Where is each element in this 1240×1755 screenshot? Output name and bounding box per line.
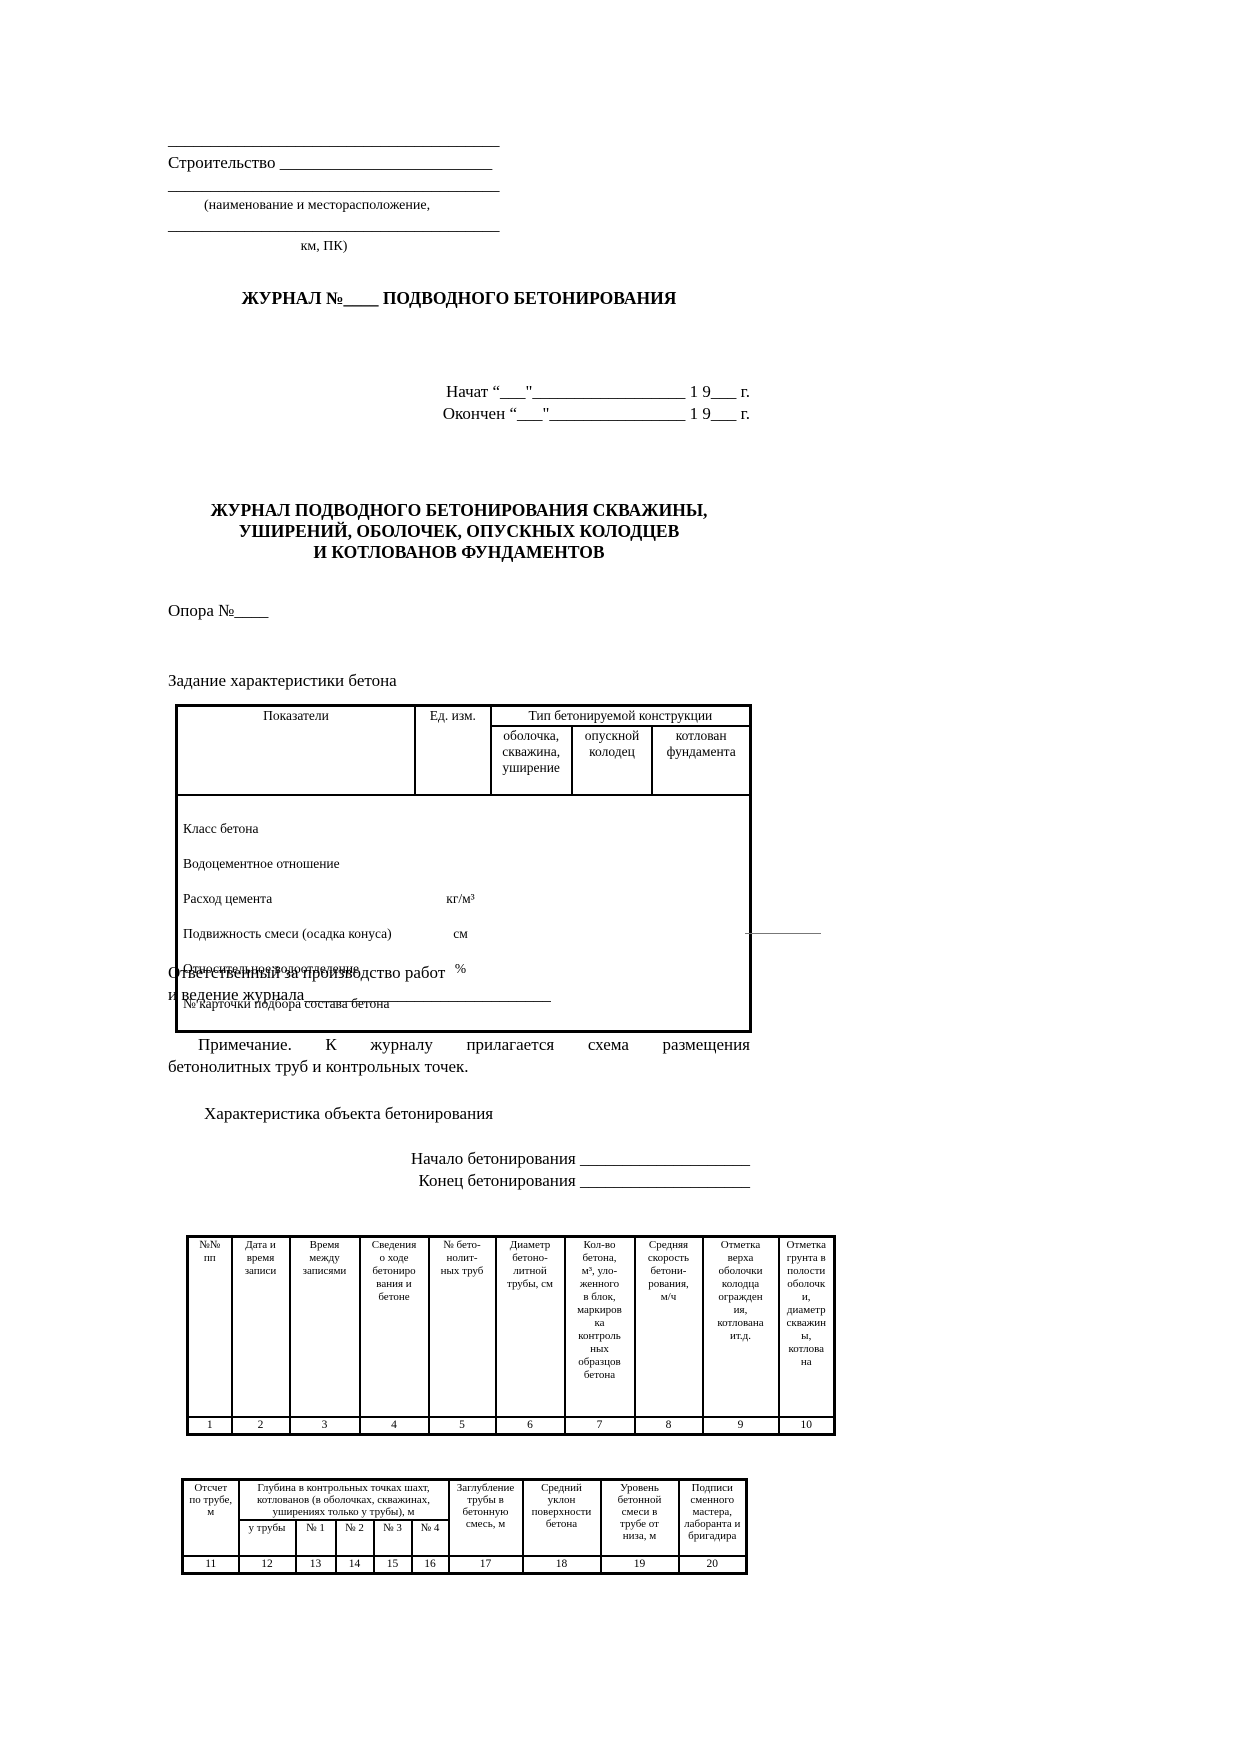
concreting-start-field: Начало бетонирования ___________________…	[168, 1149, 750, 1169]
t3-subcol-point-2: № 2	[336, 1520, 374, 1556]
t2-col-row-number: №№ пп	[188, 1237, 232, 1417]
t2-col-ground-elevation: Отметка грунта в полости оболочк и, диам…	[779, 1237, 835, 1417]
construction-caption-1: (наименование и месторасположение,	[204, 197, 430, 214]
t3-subcol-point-1: № 1	[296, 1520, 336, 1556]
t3-subcol-point-3: № 3	[374, 1520, 412, 1556]
t2-col-time-between: Время между записями	[290, 1237, 360, 1417]
t3-number-cell: 11	[183, 1556, 239, 1574]
t2-number-cell: 2	[232, 1417, 290, 1435]
note-paragraph-line-2: бетонолитных труб и контрольных точек.	[168, 1057, 469, 1077]
t3-number-cell: 13	[296, 1556, 336, 1574]
t2-number-cell: 9	[703, 1417, 779, 1435]
t1-row-unit: кг/м³	[423, 889, 498, 908]
t2-col-tremie-pipe-number: № бето- нолит- ных труб	[429, 1237, 496, 1417]
t3-number-cell: 20	[679, 1556, 747, 1574]
t1-subcol-shell-borehole: оболочка, скважина, уширение	[491, 726, 572, 795]
t2-number-cell: 6	[496, 1417, 565, 1435]
t1-row-label: Класс бетона	[179, 819, 423, 838]
note-paragraph-line-1: Примечание. К журналу прилагается схема …	[168, 1035, 750, 1055]
t2-col-top-elevation: Отметка верха оболочки колодца огражден …	[703, 1237, 779, 1417]
t3-number-cell: 12	[239, 1556, 296, 1574]
concreting-end-field: Конец бетонирования ____________________	[168, 1171, 750, 1191]
task-section-label: Задание характеристики бетона	[168, 671, 397, 691]
t2-col-average-speed: Средняя скорость бетони- рования, м/ч	[635, 1237, 703, 1417]
t1-row-label: Расход цемента	[179, 889, 423, 908]
responsible-line-1: Ответственный за производство работ	[168, 963, 445, 983]
support-number-field: Опора №____	[168, 601, 268, 621]
t3-number-cell: 14	[336, 1556, 374, 1574]
construction-field: Строительство _________________________	[168, 153, 492, 173]
t3-subcol-at-pipe: у трубы	[239, 1520, 296, 1556]
t1-row-unit	[423, 819, 498, 838]
table-row: Подвижность смеси (осадка конуса)см	[179, 924, 748, 943]
t1-col-indicators: Показатели	[177, 706, 415, 796]
t3-col-mix-level: Уровень бетонной смеси в трубе от низа, …	[601, 1480, 679, 1557]
t3-number-cell: 18	[523, 1556, 601, 1574]
t2-col-date-time: Дата и время записи	[232, 1237, 290, 1417]
control-points-table: Отсчет по трубе, м Глубина в контрольных…	[181, 1478, 748, 1575]
table1-bottom-extension-line	[745, 933, 821, 934]
t3-col-signatures: Подписи сменного мастера, лаборанта и бр…	[679, 1480, 747, 1557]
t2-number-cell: 5	[429, 1417, 496, 1435]
t1-row-label: Водоцементное отношение	[179, 854, 423, 873]
t2-col-pipe-diameter: Диаметр бетоно- литной трубы, см	[496, 1237, 565, 1417]
t1-subcol-sunk-well: опускной колодец	[572, 726, 653, 795]
responsible-signature-field: и ведение журнала_______________________…	[168, 985, 551, 1005]
t3-col-pipe-embedment: Заглубление трубы в бетонную смесь, м	[449, 1480, 523, 1557]
t1-row-unit: см	[423, 924, 498, 943]
t2-number-cell: 1	[188, 1417, 232, 1435]
journal-subtitle: ЖУРНАЛ ПОДВОДНОГО БЕТОНИРОВАНИЯ СКВАЖИНЫ…	[168, 500, 750, 563]
blank-line-bottom: _______________________________________	[168, 215, 500, 235]
t3-number-cell: 19	[601, 1556, 679, 1574]
t1-subcol-foundation-pit: котлован фундамента	[652, 726, 750, 795]
t2-number-cell: 3	[290, 1417, 360, 1435]
document-page: _______________________________________ …	[168, 0, 868, 1755]
t2-col-progress-info: Сведения о ходе бетониро вания и бетоне	[360, 1237, 429, 1417]
t2-col-concrete-volume: Кол-во бетона, м³, уло- женного в блок, …	[565, 1237, 635, 1417]
construction-caption-2: км, ПК)	[204, 238, 444, 255]
t2-number-cell: 10	[779, 1417, 835, 1435]
t2-number-cell: 8	[635, 1417, 703, 1435]
concrete-spec-table: Показатели Ед. изм. Тип бетонируемой кон…	[175, 704, 752, 1033]
table-row: Класс бетона	[179, 819, 748, 838]
t3-number-cell: 15	[374, 1556, 412, 1574]
t3-subcol-point-4: № 4	[412, 1520, 449, 1556]
concreting-log-table: №№ пп Дата и время записи Время между за…	[186, 1235, 836, 1436]
t1-row-unit	[423, 854, 498, 873]
started-date-line: Начат “___"__________________ 1 9___ г.	[168, 382, 750, 402]
t1-col-units: Ед. изм.	[415, 706, 491, 796]
t3-number-cell: 17	[449, 1556, 523, 1574]
blank-line-mid: _______________________________________	[168, 175, 500, 195]
table-row: Водоцементное отношение	[179, 854, 748, 873]
table-row: Расход цементакг/м³	[179, 889, 748, 908]
blank-line-top: _______________________________________	[168, 130, 500, 150]
finished-date-line: Окончен “___"________________ 1 9___ г.	[168, 404, 750, 424]
t1-row-label: Подвижность смеси (осадка конуса)	[179, 924, 423, 943]
t3-col-pipe-reading: Отсчет по трубе, м	[183, 1480, 239, 1557]
object-section-label: Характеристика объекта бетонирования	[204, 1104, 493, 1124]
t1-col-type-group: Тип бетонируемой конструкции	[491, 706, 751, 727]
t2-number-cell: 4	[360, 1417, 429, 1435]
document-background: { "header": { "blank_top": "____________…	[0, 0, 1240, 1755]
t3-number-cell: 16	[412, 1556, 449, 1574]
page-title: ЖУРНАЛ №____ ПОДВОДНОГО БЕТОНИРОВАНИЯ	[168, 288, 750, 309]
t3-col-depth-group: Глубина в контрольных точках шахт, котло…	[239, 1480, 449, 1521]
t2-number-cell: 7	[565, 1417, 635, 1435]
t3-col-average-slope: Средний уклон поверхности бетона	[523, 1480, 601, 1557]
